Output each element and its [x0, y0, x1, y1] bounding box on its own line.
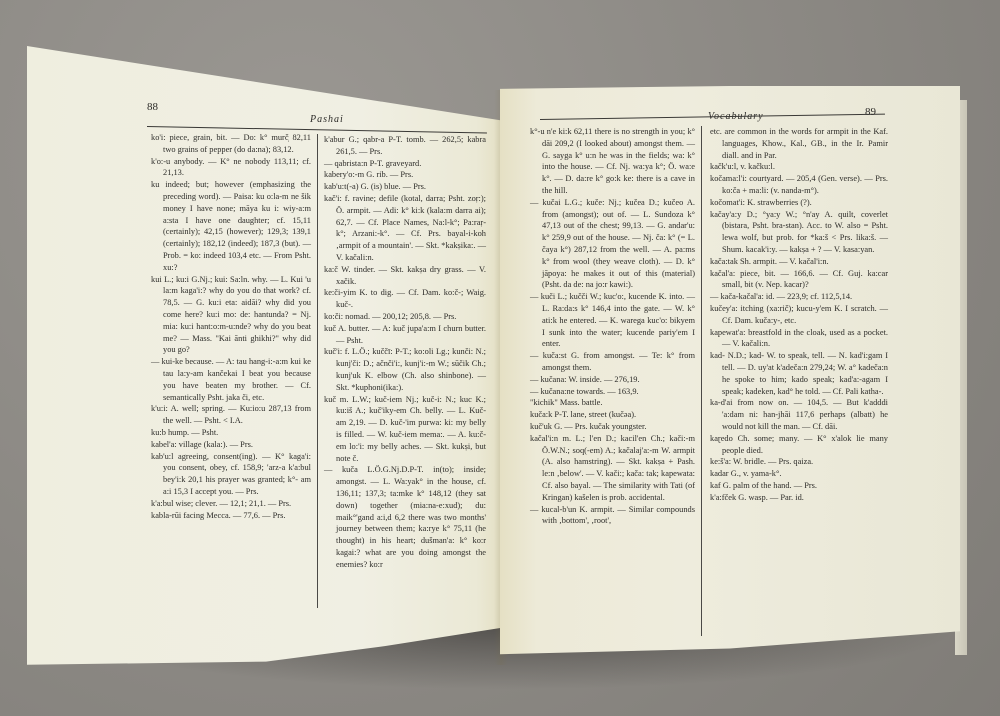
dictionary-entry: kab'u:t(-a) G. (is) blue. — Prs.: [324, 181, 486, 193]
dictionary-entry: kučey'a: itching (xa:rič); kucu-y'em K. …: [710, 303, 888, 327]
dictionary-entry: k'o:-u anybody. — K° ne nobody 113,11; c…: [151, 156, 311, 180]
dictionary-entry: kaɽedo Ch. some; many. — K° x'alok lie m…: [710, 433, 888, 457]
dictionary-entry: kača:tak Sh. armpit. — V. kačal'i:n.: [710, 256, 888, 268]
dictionary-entry: kabla-rūi facing Mecca. — 77,6. — Prs.: [151, 510, 311, 522]
dictionary-entry: ke:či-yim K. to dig. — Cf. Dam. ko:č-; W…: [324, 287, 486, 311]
dictionary-entry: — kucal-b'un K. armpit. — Similar compou…: [530, 504, 695, 528]
dictionary-entry: — qabrista:n P-T. graveyard.: [324, 158, 486, 170]
dictionary-entry: "kichik" Mass. battle.: [530, 397, 695, 409]
right-column-1: k°-u n'e ki:k 62,11 there is no strength…: [530, 126, 695, 527]
dictionary-entry: kadar G., v. yama-k°.: [710, 468, 888, 480]
dictionary-entry: kuča:k P-T. lane, street (kučǝa).: [530, 409, 695, 421]
dictionary-entry: k'abur G.; qabr-a P-T. tomb. — 262,5; ka…: [324, 134, 486, 158]
dictionary-entry: — kuči L.; kučči W.; kuc'o:, kucende K. …: [530, 291, 695, 350]
dictionary-entry: kapewat'a: breastfold in the cloak, used…: [710, 327, 888, 351]
left-column-2: k'abur G.; qabr-a P-T. tomb. — 262,5; ka…: [324, 134, 486, 570]
dictionary-entry: ku:b hump. — Psht.: [151, 427, 311, 439]
dictionary-entry: k'a:fček G. wasp. — Par. id.: [710, 492, 888, 504]
right-column-2: etc. are common in the words for armpit …: [710, 126, 888, 504]
left-column-1: ko'i: piece, grain, bit. — Do: k° murč̣ …: [151, 132, 311, 521]
dictionary-entry: — kuča:st G. from amongst. — Te: k° from…: [530, 350, 695, 374]
dictionary-entry: kab'u:l agreeing, consent(ing). — K° kag…: [151, 451, 311, 498]
page-number-left: 88: [147, 101, 158, 113]
dictionary-entry: — kui-ke because. — A: tau hang-i:-a:m k…: [151, 356, 311, 403]
dictionary-entry: — kučai L.G.; kuče: Nj.; kučea D.; kučeo…: [530, 197, 695, 291]
dictionary-entry: ko:či: nomad. — 200,12; 205,8. — Prs.: [324, 311, 486, 323]
dictionary-entry: kuč'uk G. — Prs. kučak youngster.: [530, 421, 695, 433]
dictionary-entry: k'u:i: A. well; spring. — Ku:io:u 287,13…: [151, 403, 311, 427]
dictionary-entry: kač'i: f. ravine; defile (kotal, darra; …: [324, 193, 486, 264]
dictionary-entry: etc. are common in the words for armpit …: [710, 126, 888, 161]
dictionary-entry: k'a:bul wise; clever. — 12,1; 21,1. — Pr…: [151, 498, 311, 510]
dictionary-entry: — kučana: W. inside. — 276,19.: [530, 374, 695, 386]
dictionary-entry: kačal'i:n m. L.; l'en D.; kacil'en Ch.; …: [530, 433, 695, 504]
dictionary-entry: kabel'a: village (kala:). — Prs.: [151, 439, 311, 451]
dictionary-entry: ka:č W. tinder. — Skt. kakṣa dry grass. …: [324, 264, 486, 288]
dictionary-entry: — kača-kačal'a: id. — 223,9; cf. 112,5,1…: [710, 291, 888, 303]
left-page: 88 Pashai ko'i: piece, grain, bit. — Do:…: [27, 46, 505, 671]
dictionary-entry: kočomat'i: K. strawberries (?).: [710, 197, 888, 209]
dictionary-entry: k°-u n'e ki:k 62,11 there is no strength…: [530, 126, 695, 197]
dictionary-entry: kačk'u:l, v. kačku:l.: [710, 161, 888, 173]
dictionary-entry: ka-d'ai from now on. — 104,5. — But k'ad…: [710, 397, 888, 432]
dictionary-entry: kui L.; ku:i G.Nj.; kui: Sa:ln. why. — L…: [151, 274, 311, 357]
right-page: Vocabulary 89 k°-u n'e ki:k 62,11 there …: [500, 86, 960, 660]
page-number-right: 89: [865, 106, 876, 118]
dictionary-entry: kad- N.D.; kad- W. to speak, tell. — N. …: [710, 350, 888, 397]
dictionary-entry: ku indeed; but; however (emphasizing the…: [151, 179, 311, 273]
dictionary-entry: — kučana:ne towards. — 163,9.: [530, 386, 695, 398]
dictionary-entry: ke:š'a: W. bridle. — Prs. qaiza.: [710, 456, 888, 468]
dictionary-entry: kaf G. palm of the hand. — Prs.: [710, 480, 888, 492]
dictionary-entry: kuč m. L.W.; kuč-iem Nj.; kuč-i: N.; kuc…: [324, 394, 486, 465]
dictionary-entry: — kuča L.Ö.G.Nj.D.P-T. in(to); inside; a…: [324, 464, 486, 570]
dictionary-entry: ko'i: piece, grain, bit. — Do: k° murč̣ …: [151, 132, 311, 156]
dictionary-entry: kabery'o:-m G. rib. — Prs.: [324, 169, 486, 181]
dictionary-entry: kočama:l'i: courtyard. — 205,4 (Gen. ver…: [710, 173, 888, 197]
dictionary-entry: kačal'a: piece, bit. — 166,6. — Cf. Guj.…: [710, 268, 888, 292]
dictionary-entry: kačay'a:y D.; °ya:y W.; °n'ay A. quilt, …: [710, 209, 888, 256]
column-divider-left: [317, 134, 318, 608]
running-head-left: Pashai: [310, 114, 344, 125]
column-divider-right: [701, 126, 702, 636]
dictionary-entry: kuč A. butter. — A: kuč jupa'a:m I churn…: [324, 323, 486, 347]
dictionary-entry: kuč'i: f. L.Ö.; kuččī: P-T.; ko:oli Lg.;…: [324, 346, 486, 393]
